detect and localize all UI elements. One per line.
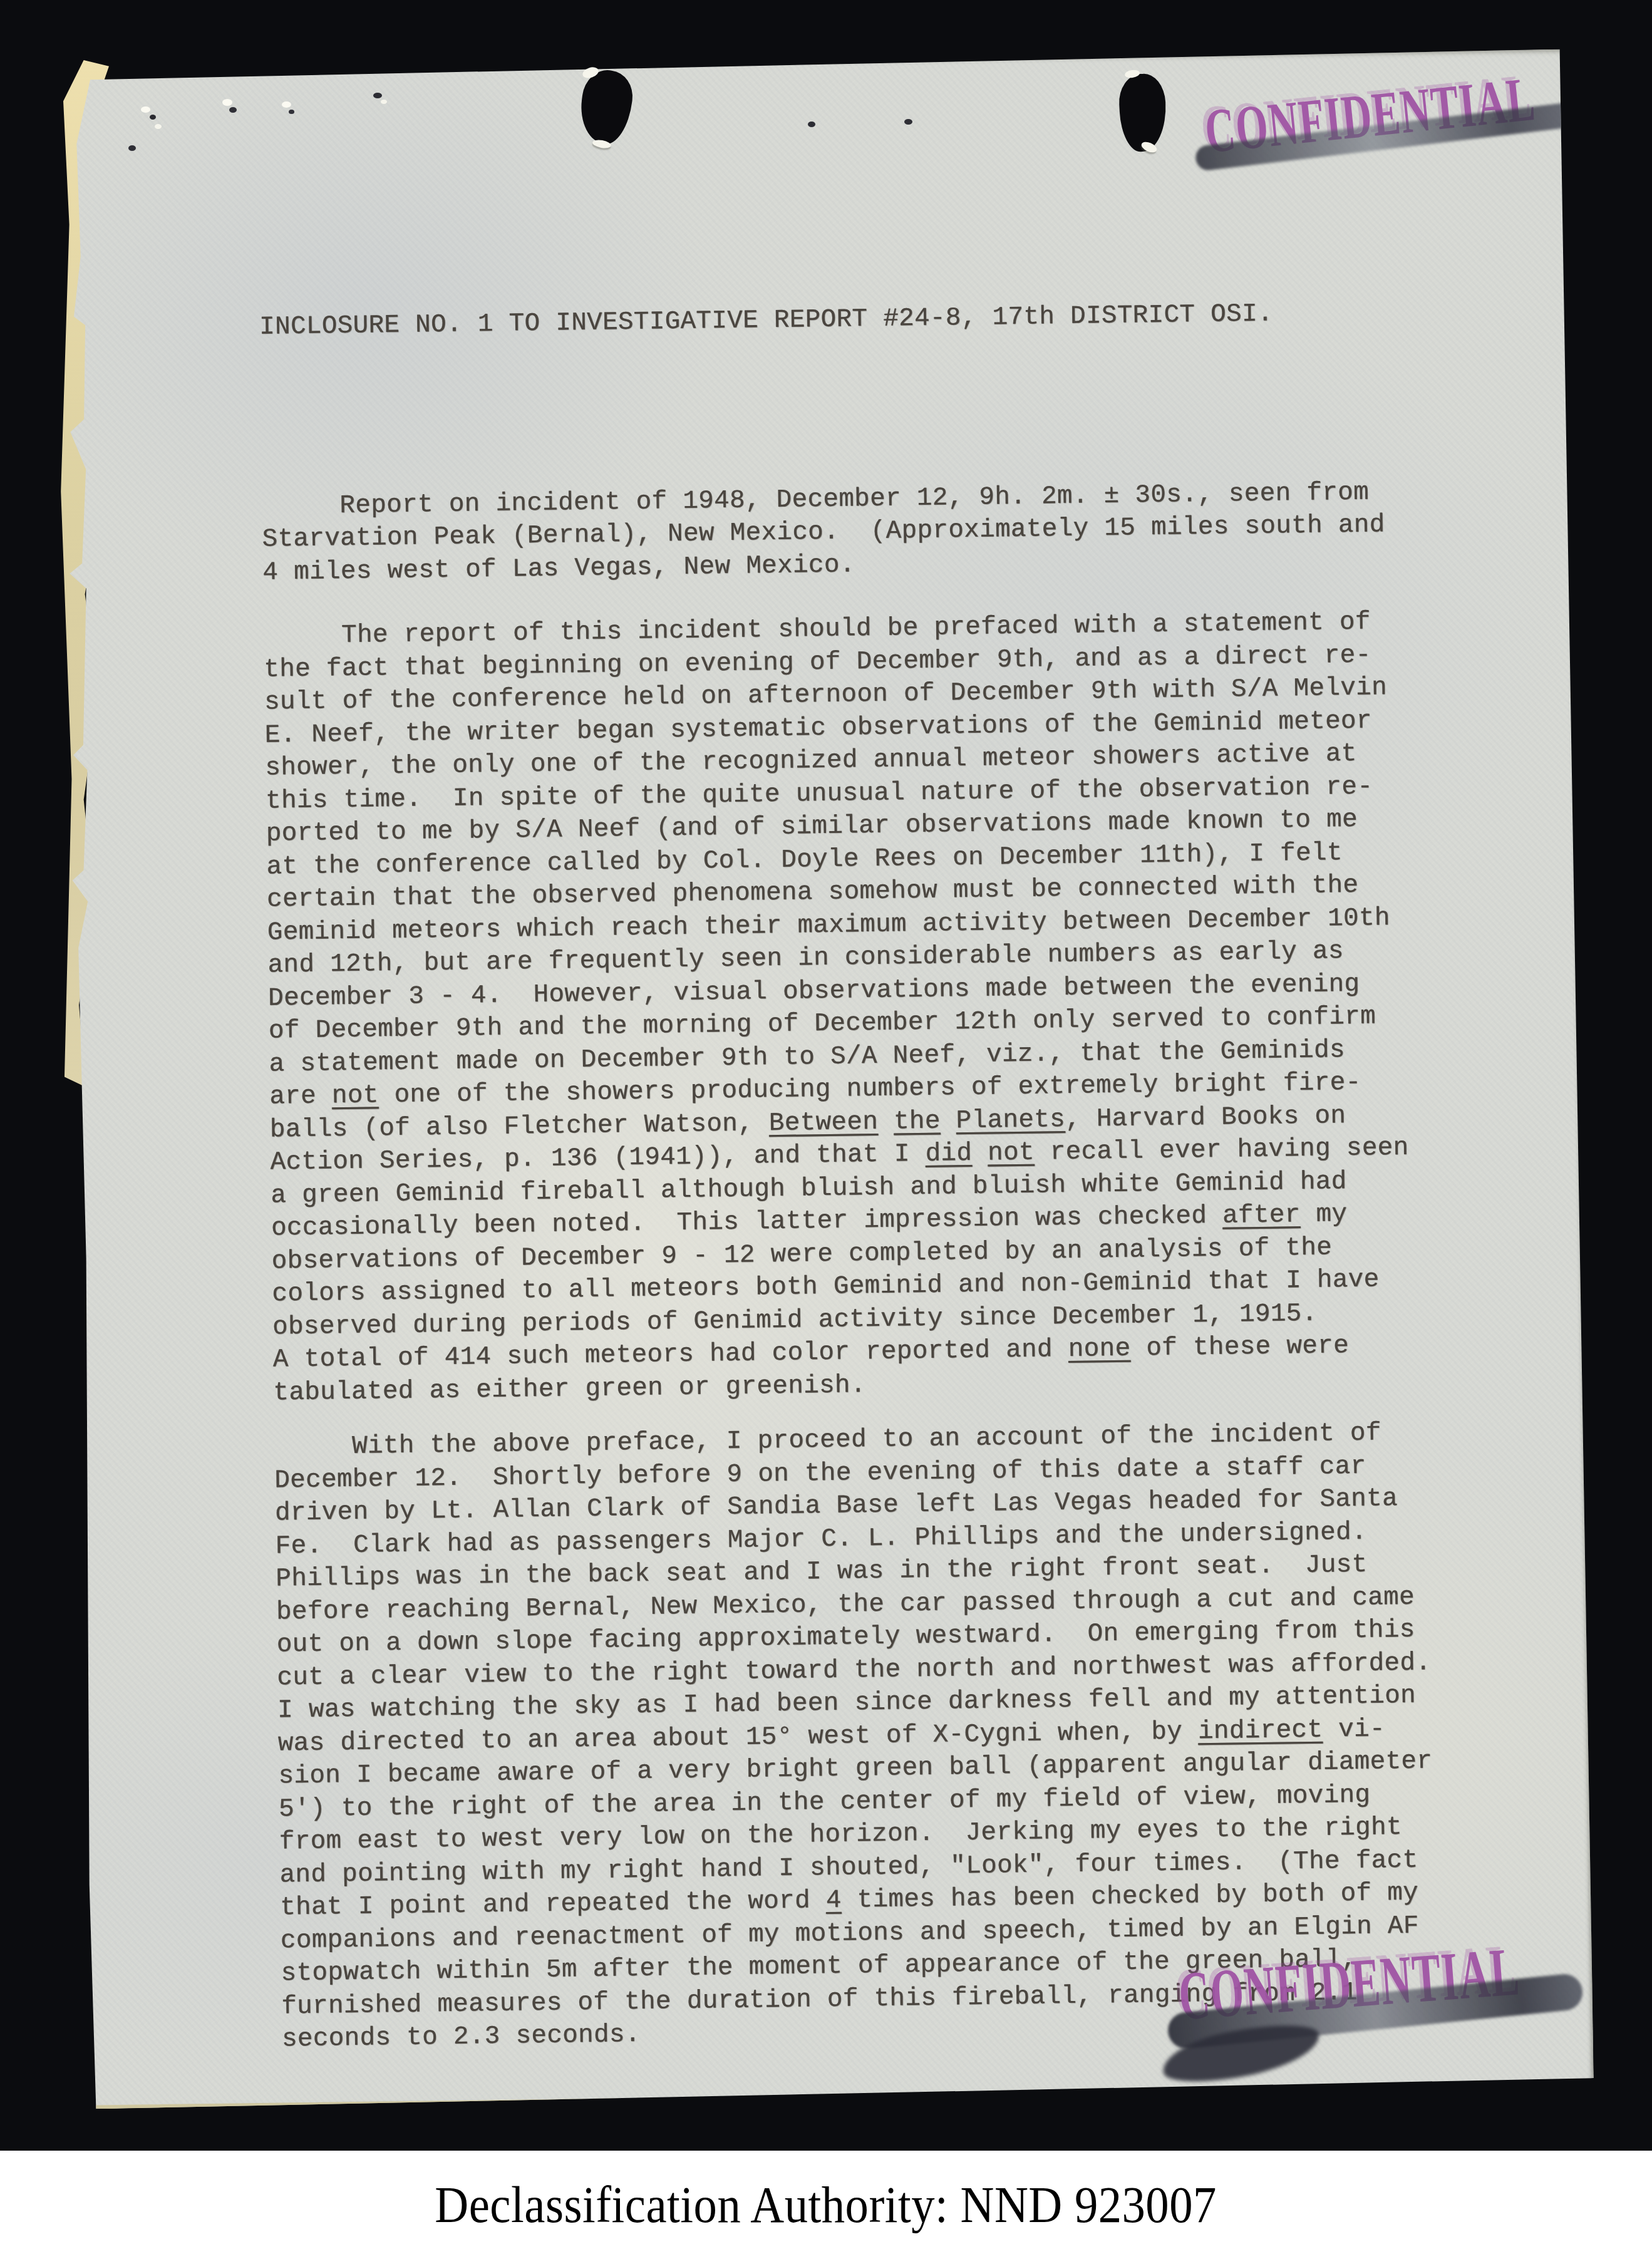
document-title: INCLOSURE NO. 1 TO INVESTIGATIVE REPORT … xyxy=(259,296,1425,344)
declassification-footer: Declassification Authority: NND 923007 xyxy=(0,2151,1652,2259)
paper-speck xyxy=(229,107,237,113)
declassification-text: Declassification Authority: NND 923007 xyxy=(435,2175,1217,2234)
paper-sheet: INCLOSURE NO. 1 TO INVESTIGATIVE REPORT … xyxy=(57,49,1594,2109)
paper-speck xyxy=(282,101,291,108)
paper-speck xyxy=(289,110,294,114)
typewritten-text-block: INCLOSURE NO. 1 TO INVESTIGATIVE REPORT … xyxy=(258,230,1447,2122)
paper-speck xyxy=(128,145,136,151)
paper-speck xyxy=(155,124,162,129)
paper-speck xyxy=(150,115,156,120)
paragraph: Report on incident of 1948, December 12,… xyxy=(262,475,1428,589)
paper-speck xyxy=(222,99,232,106)
paper-speck xyxy=(808,121,815,127)
paper-speck xyxy=(373,93,382,98)
paper-speck xyxy=(381,100,387,104)
paragraphs: Report on incident of 1948, December 12,… xyxy=(262,475,1447,2056)
paper-speck xyxy=(904,119,912,125)
paper-speck xyxy=(141,106,150,113)
paragraph: The report of this incident should be pr… xyxy=(263,605,1438,1409)
scanned-document-page: INCLOSURE NO. 1 TO INVESTIGATIVE REPORT … xyxy=(0,0,1652,2259)
